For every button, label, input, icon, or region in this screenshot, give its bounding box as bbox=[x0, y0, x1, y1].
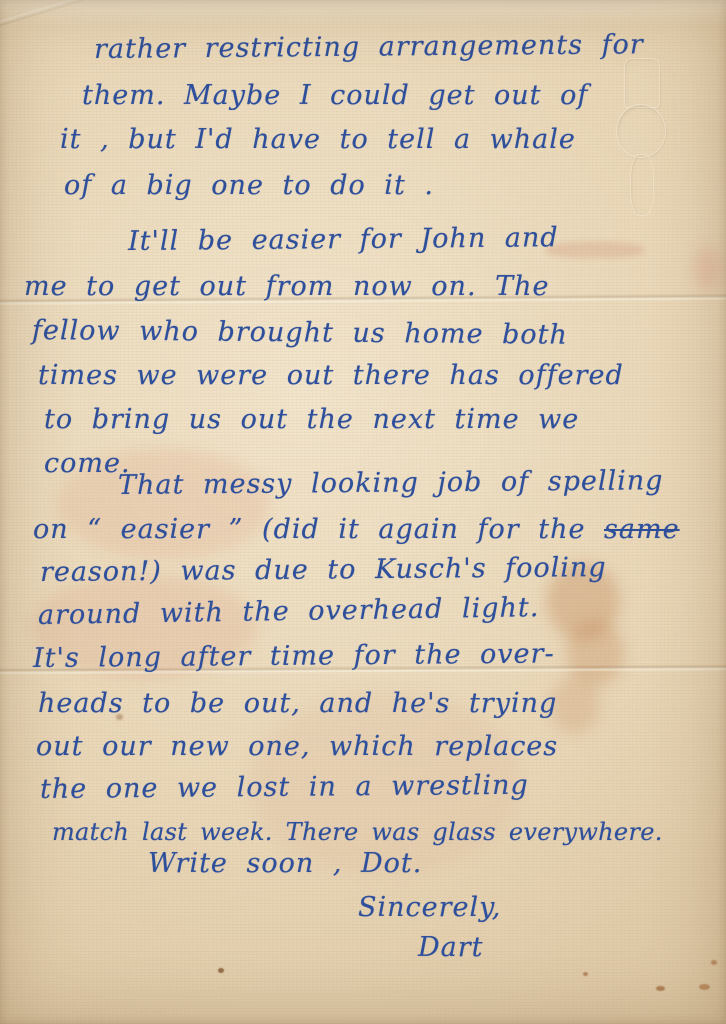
brown-speck bbox=[218, 968, 224, 973]
letter-line-5: It'll be easier for John and bbox=[128, 222, 559, 257]
struck-word: same bbox=[604, 514, 680, 545]
letter-signature: Dart bbox=[418, 932, 484, 963]
letter-line-11: That messy looking job of spelling bbox=[118, 465, 664, 501]
letter-line-12: on “ easier ” (did it again for the same bbox=[33, 514, 680, 545]
letter-line-8: times we were out there has offered bbox=[38, 360, 624, 391]
letter-line-19: match last week. There was glass everywh… bbox=[52, 818, 663, 846]
rust-stain bbox=[550, 676, 600, 734]
letter-line-13: reason!) was due to Kusch's fooling bbox=[40, 552, 607, 588]
rust-stain bbox=[566, 620, 624, 686]
brown-speck bbox=[699, 984, 710, 990]
letter-scan-page: rather restricting arrangements for them… bbox=[0, 0, 726, 1024]
letter-line-9: to bring us out the next time we bbox=[44, 404, 579, 435]
seal-circle bbox=[616, 104, 666, 158]
letter-line-14: around with the overhead light. bbox=[38, 592, 540, 631]
letter-line-4: of a big one to do it . bbox=[64, 170, 434, 201]
fold-crease-top-left-corner bbox=[0, 0, 210, 36]
letter-line-2: them. Maybe I could get out of bbox=[82, 80, 588, 111]
letter-sign-off: Sincerely, bbox=[358, 892, 501, 923]
letter-closing-line: Write soon , Dot. bbox=[148, 848, 422, 879]
letter-line-12-text: on “ easier ” (did it again for the bbox=[33, 514, 604, 545]
letter-line-3: it , but I'd have to tell a whale bbox=[60, 124, 576, 155]
seal-ribbon bbox=[630, 154, 654, 216]
brown-speck bbox=[711, 960, 717, 965]
letter-line-18: the one we lost in a wrestling bbox=[40, 770, 529, 805]
letter-line-16: heads to be out, and he's trying bbox=[38, 688, 557, 719]
scan-highlight bbox=[0, 0, 726, 26]
letter-line-7: fellow who brought us home both bbox=[32, 315, 568, 351]
brown-speck bbox=[583, 972, 588, 976]
embossed-seal bbox=[612, 58, 672, 233]
letter-line-6: me to get out from now on. The bbox=[24, 271, 550, 302]
edge-stain bbox=[694, 246, 722, 292]
letter-line-17: out our new one, which replaces bbox=[36, 731, 558, 762]
seal-crown-icon bbox=[624, 58, 660, 108]
letter-line-15: It's long after time for the over- bbox=[33, 638, 555, 674]
letter-line-1: rather restricting arrangements for bbox=[94, 29, 644, 65]
tan-streak-stain bbox=[546, 242, 644, 258]
brown-speck bbox=[656, 986, 665, 991]
